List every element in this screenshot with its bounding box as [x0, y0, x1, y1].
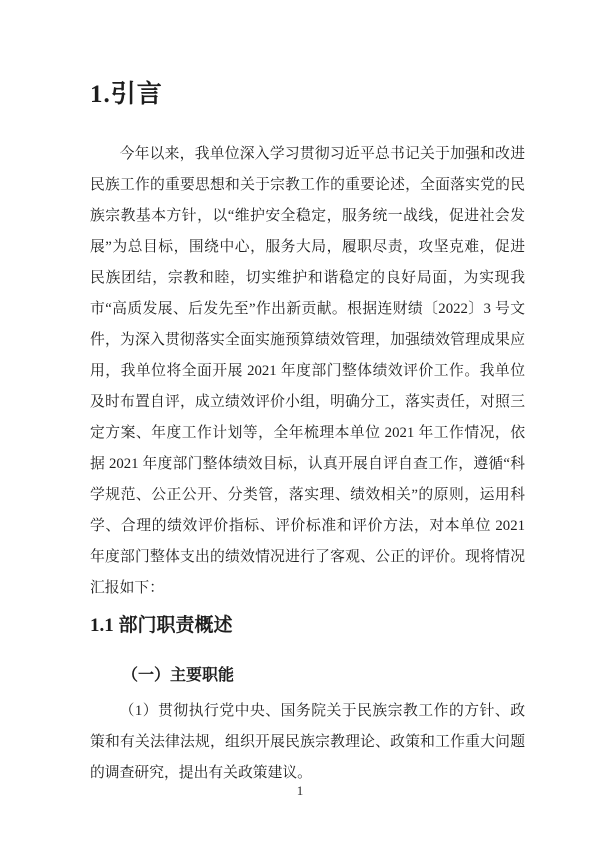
page-title: 1.引言 [90, 80, 525, 110]
function-item-paragraph: （1）贯彻执行党中央、国务院关于民族宗教工作的方针、政策和有关法律法规，组织开展… [90, 696, 525, 789]
page-number: 1 [0, 783, 600, 799]
intro-paragraph: 今年以来，我单位深入学习贯彻习近平总书记关于加强和改进民族工作的重要思想和关于宗… [90, 139, 525, 604]
subsection-heading: （一）主要职能 [90, 666, 525, 685]
document-page: 1.引言 今年以来，我单位深入学习贯彻习近平总书记关于加强和改进民族工作的重要思… [0, 0, 600, 848]
section-heading: 1.1 部门职责概述 [90, 615, 525, 638]
